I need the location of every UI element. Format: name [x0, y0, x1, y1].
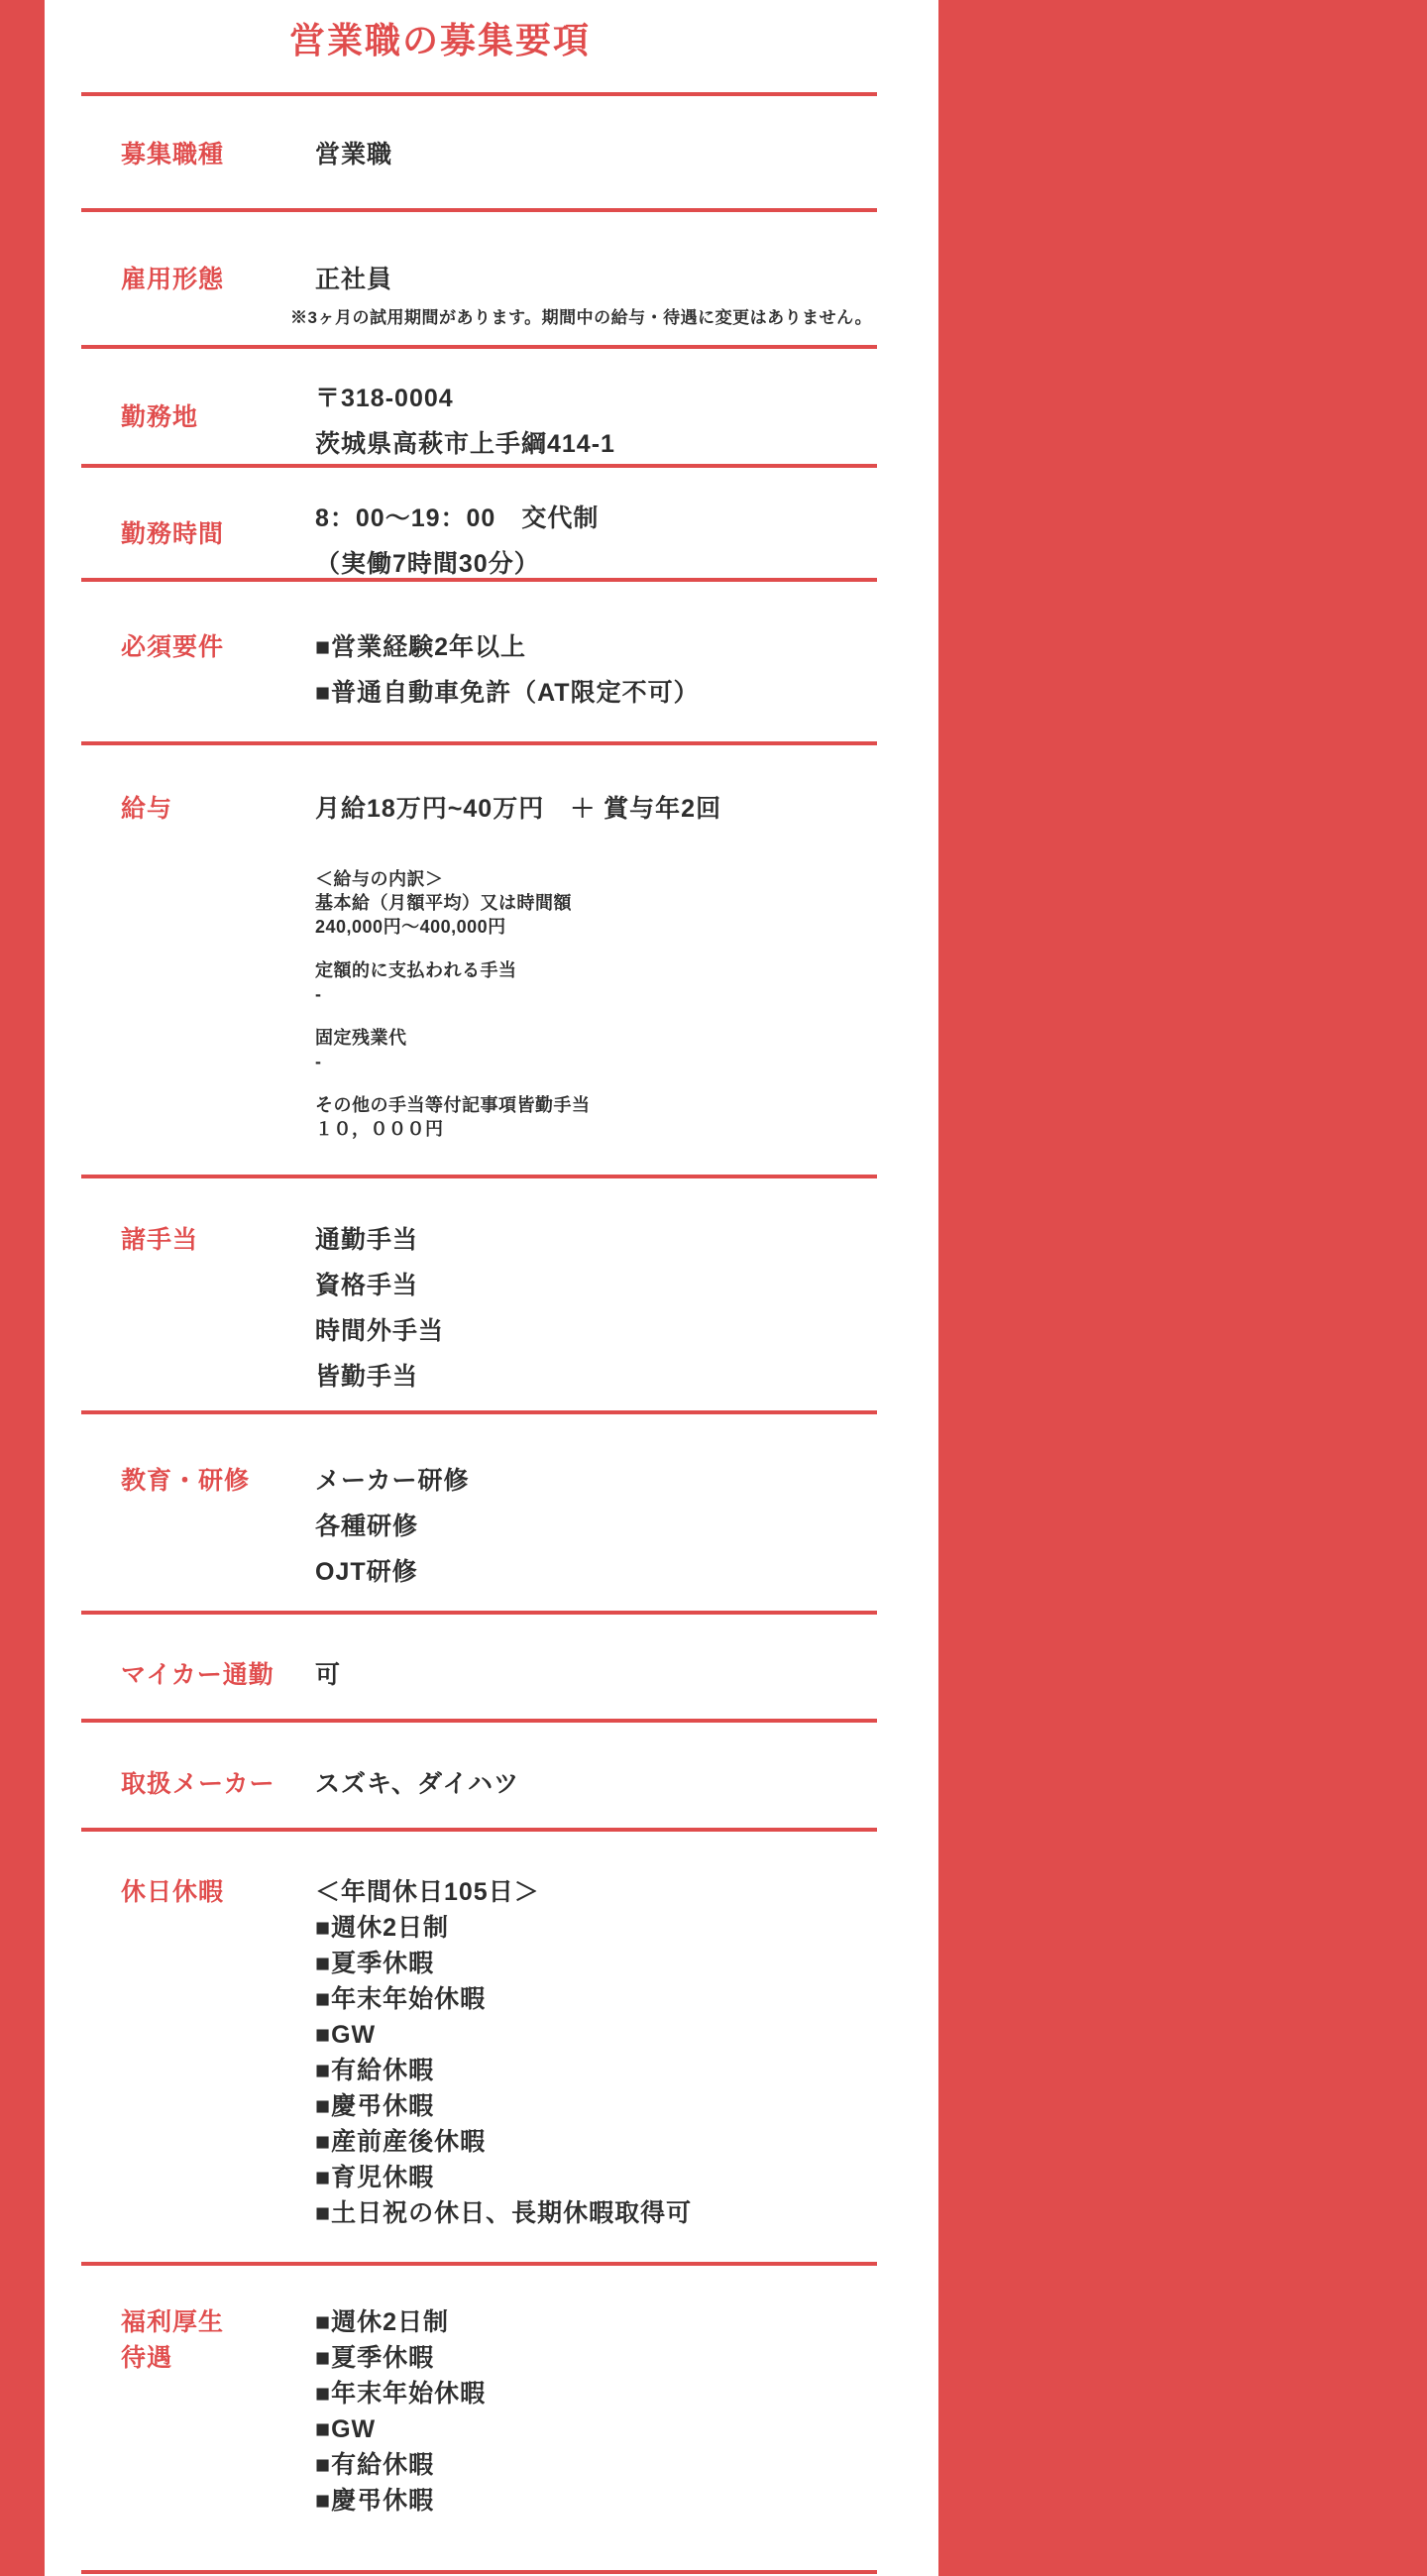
value-line: ■週休2日制 [315, 1910, 877, 1946]
row-label-line: 取扱メーカー [121, 1761, 315, 1807]
value-line: 資格手当 [315, 1263, 877, 1308]
spec-row: 勤務時間 8：00～19：00 交代制（実働7時間30分） [81, 464, 877, 578]
row-label: 教育・研修 [81, 1458, 315, 1504]
value-line: ■営業経験2年以上 [315, 624, 877, 670]
row-value: 8：00～19：00 交代制（実働7時間30分） [315, 496, 877, 587]
value-line: （実働7時間30分） [315, 541, 877, 587]
value-line: ■夏季休暇 [315, 1946, 877, 1981]
row-label: 諸手当 [81, 1217, 315, 1263]
row-value: ■週休2日制■夏季休暇■年末年始休暇■GW■有給休暇■慶弔休暇 [315, 2304, 877, 2519]
row-label-line: マイカー通勤 [121, 1652, 315, 1698]
spec-row: 必須要件 ■営業経験2年以上■普通自動車免許（AT限定不可） [81, 578, 877, 741]
value-line: 各種研修 [315, 1504, 877, 1549]
salary-breakdown-line: - [315, 982, 877, 1006]
row-label: 福利厚生待遇 [81, 2304, 315, 2376]
row-label: マイカー通勤 [81, 1652, 315, 1698]
salary-breakdown-group: ＜給与の内訳＞基本給（月額平均）又は時間額240,000円～400,000円 [315, 867, 877, 939]
row-label: 雇用形態 [81, 257, 315, 302]
value-line: 通勤手当 [315, 1217, 877, 1263]
spec-row: 取扱メーカー スズキ、ダイハツ [81, 1719, 877, 1828]
job-posting-content: 営業職の募集要項 募集職種 営業職 雇用形態 正社員※3ヶ月の試用期間があります… [45, 0, 938, 2574]
value-line: OJT研修 [315, 1549, 877, 1595]
value-line: ■年末年始休暇 [315, 1981, 877, 2017]
salary-breakdown: ＜給与の内訳＞基本給（月額平均）又は時間額240,000円～400,000円定額… [315, 867, 877, 1141]
value-line: ■週休2日制 [315, 2304, 877, 2340]
value-line: ■慶弔休暇 [315, 2088, 877, 2124]
row-label: 勤務時間 [81, 511, 315, 563]
salary-breakdown-line: 基本給（月額平均）又は時間額 [315, 891, 877, 915]
row-label-line: 雇用形態 [121, 257, 315, 302]
row-label: 勤務地 [81, 394, 315, 446]
spec-row: 諸手当 通勤手当資格手当時間外手当皆勤手当 [81, 1175, 877, 1410]
row-label: 必須要件 [81, 624, 315, 670]
value-line: ＜年間休日105日＞ [315, 1874, 877, 1910]
value-line: 正社員 [315, 257, 877, 302]
spec-row: マイカー通勤 可 [81, 1611, 877, 1719]
spec-row: 勤務地 〒318-0004茨城県高萩市上手綱414-1 [81, 345, 877, 464]
value-line: 〒318-0004 [315, 376, 877, 421]
value-line: ■GW [315, 2017, 877, 2053]
value-line: ■有給休暇 [315, 2447, 877, 2483]
value-line: ■GW [315, 2411, 877, 2447]
row-value: 可 [315, 1652, 877, 1698]
spec-row: 募集職種 営業職 [81, 92, 877, 208]
row-value: スズキ、ダイハツ [315, 1761, 877, 1807]
salary-breakdown-line: １０，０００円 [315, 1117, 877, 1141]
value-line: 月給18万円~40万円 ＋ 賞与年2回 [315, 786, 877, 832]
value-line: ■慶弔休暇 [315, 2483, 877, 2519]
spec-row: 休日休暇 ＜年間休日105日＞■週休2日制■夏季休暇■年末年始休暇■GW■有給休… [81, 1828, 877, 2262]
page-title: 営業職の募集要項 [81, 0, 877, 92]
row-label: 給与 [81, 786, 315, 832]
row-label-line: 教育・研修 [121, 1458, 315, 1504]
salary-breakdown-line: 定額的に支払われる手当 [315, 958, 877, 982]
value-line: ■夏季休暇 [315, 2340, 877, 2376]
value-line: ■普通自動車免許（AT限定不可） [315, 670, 877, 716]
row-value: 営業職 [315, 132, 877, 177]
row-label: 休日休暇 [81, 1874, 315, 1910]
salary-breakdown-line: ＜給与の内訳＞ [315, 867, 877, 891]
spec-row: 雇用形態 正社員※3ヶ月の試用期間があります。期間中の給与・待遇に変更はありませ… [81, 208, 877, 345]
value-line: ■年末年始休暇 [315, 2376, 877, 2411]
row-label-line: 募集職種 [121, 132, 315, 177]
value-line: 8：00～19：00 交代制 [315, 496, 877, 541]
row-value: ＜年間休日105日＞■週休2日制■夏季休暇■年末年始休暇■GW■有給休暇■慶弔休… [315, 1874, 877, 2231]
spec-row: 福利厚生待遇 ■週休2日制■夏季休暇■年末年始休暇■GW■有給休暇■慶弔休暇 [81, 2262, 877, 2574]
value-line: 皆勤手当 [315, 1354, 877, 1400]
row-label-line: 給与 [121, 786, 315, 832]
row-value: 〒318-0004茨城県高萩市上手綱414-1 [315, 376, 877, 467]
row-value: メーカー研修各種研修OJT研修 [315, 1458, 877, 1595]
row-label-line: 福利厚生 [121, 2304, 315, 2340]
value-line: スズキ、ダイハツ [315, 1761, 877, 1807]
row-label: 募集職種 [81, 132, 315, 177]
value-line: ■有給休暇 [315, 2053, 877, 2088]
value-line: 営業職 [315, 132, 877, 177]
value-line: 茨城県高萩市上手綱414-1 [315, 421, 877, 467]
salary-breakdown-group: その他の手当等付記事項皆勤手当１０，０００円 [315, 1093, 877, 1141]
spec-table: 募集職種 営業職 雇用形態 正社員※3ヶ月の試用期間があります。期間中の給与・待… [81, 92, 877, 2574]
row-label-line: 待遇 [121, 2340, 315, 2376]
row-value: 月給18万円~40万円 ＋ 賞与年2回＜給与の内訳＞基本給（月額平均）又は時間額… [315, 786, 877, 1141]
row-label-line: 諸手当 [121, 1217, 315, 1263]
value-line: メーカー研修 [315, 1458, 877, 1504]
value-line: ■育児休暇 [315, 2160, 877, 2195]
salary-breakdown-line: その他の手当等付記事項皆勤手当 [315, 1093, 877, 1117]
row-value: 正社員※3ヶ月の試用期間があります。期間中の給与・待遇に変更はありません。 [315, 257, 877, 331]
value-line: ■産前産後休暇 [315, 2124, 877, 2160]
probation-note: ※3ヶ月の試用期間があります。期間中の給与・待遇に変更はありません。 [290, 305, 877, 331]
row-value: 通勤手当資格手当時間外手当皆勤手当 [315, 1217, 877, 1400]
row-label-line: 勤務時間 [121, 511, 315, 557]
salary-breakdown-line: 240,000円～400,000円 [315, 915, 877, 939]
row-value: ■営業経験2年以上■普通自動車免許（AT限定不可） [315, 624, 877, 716]
salary-breakdown-group: 固定残業代- [315, 1026, 877, 1073]
spec-row: 給与 月給18万円~40万円 ＋ 賞与年2回＜給与の内訳＞基本給（月額平均）又は… [81, 741, 877, 1175]
job-posting-card: 営業職の募集要項 募集職種 営業職 雇用形態 正社員※3ヶ月の試用期間があります… [45, 0, 938, 2576]
value-line: 時間外手当 [315, 1308, 877, 1354]
row-label-line: 休日休暇 [121, 1874, 315, 1910]
value-line: 可 [315, 1652, 877, 1698]
salary-breakdown-group: 定額的に支払われる手当- [315, 958, 877, 1006]
row-label: 取扱メーカー [81, 1761, 315, 1807]
salary-breakdown-line: 固定残業代 [315, 1026, 877, 1050]
value-line: ■土日祝の休日、長期休暇取得可 [315, 2195, 877, 2231]
salary-breakdown-line: - [315, 1050, 877, 1073]
spec-row: 教育・研修 メーカー研修各種研修OJT研修 [81, 1410, 877, 1611]
row-label-line: 必須要件 [121, 624, 315, 670]
row-label-line: 勤務地 [121, 394, 315, 440]
